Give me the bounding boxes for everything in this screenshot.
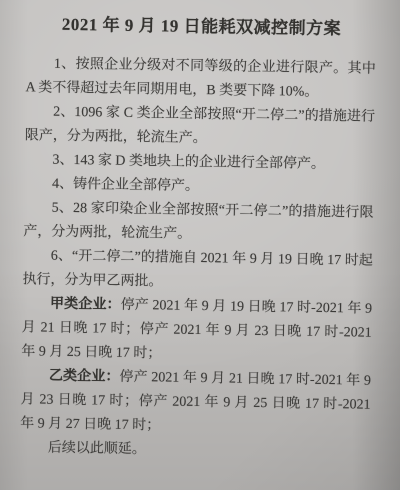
- doc-footer-note: 后续以此顺延。: [20, 436, 370, 465]
- batch-a-paragraph: 甲类企业：停产 2021 年 9 月 19 日晚 17 时-2021 年 9 月…: [21, 292, 372, 369]
- doc-item-1: 1、按照企业分级对不同等级的企业进行限产。其中 A 类不得超过去年同期用电，B …: [25, 52, 376, 105]
- doc-item-3-text: 3、143 家 D 类地块上的企业进行全部停产。: [52, 153, 325, 172]
- doc-item-4-text: 4、铸件企业全部停产。: [52, 177, 199, 194]
- batch-a-label: 甲类企业：: [50, 297, 121, 313]
- photographed-document: 2021 年 9 月 19 日能耗双减控制方案 1、按照企业分级对不同等级的企业…: [0, 0, 400, 490]
- doc-item-1-text: 1、按照企业分级对不同等级的企业进行限产。其中 A 类不得超过去年同期用电，B …: [25, 57, 376, 100]
- document-title: 2021 年 9 月 19 日能耗双减控制方案: [26, 11, 376, 42]
- doc-footer-text: 后续以此顺延。: [48, 441, 146, 458]
- document-page: 2021 年 9 月 19 日能耗双减控制方案 1、按照企业分级对不同等级的企业…: [0, 0, 400, 466]
- doc-item-6: 6、“开二停二”的措施自 2021 年 9 月 19 日晚 17 时起执行，分为…: [22, 244, 373, 297]
- batch-b-label: 乙类企业：: [49, 369, 120, 385]
- doc-item-2: 2、1096 家 C 类企业全部按照“开二停二”的措施进行限产，分为两批，轮流生…: [25, 100, 376, 153]
- doc-item-2-text: 2、1096 家 C 类企业全部按照“开二停二”的措施进行限产，分为两批，轮流生…: [25, 105, 376, 146]
- doc-item-6-text: 6、“开二停二”的措施自 2021 年 9 月 19 日晚 17 时起执行，分为…: [22, 249, 373, 290]
- doc-item-5-text: 5、28 家印染企业全部按照“开二停二”的措施进行限产，分为两批，轮流生产。: [23, 201, 374, 242]
- batch-b-paragraph: 乙类企业：停产 2021 年 9 月 21 日晚 17 时-2021 年 9 月…: [20, 364, 371, 441]
- doc-item-5: 5、28 家印染企业全部按照“开二停二”的措施进行限产，分为两批，轮流生产。: [23, 196, 374, 249]
